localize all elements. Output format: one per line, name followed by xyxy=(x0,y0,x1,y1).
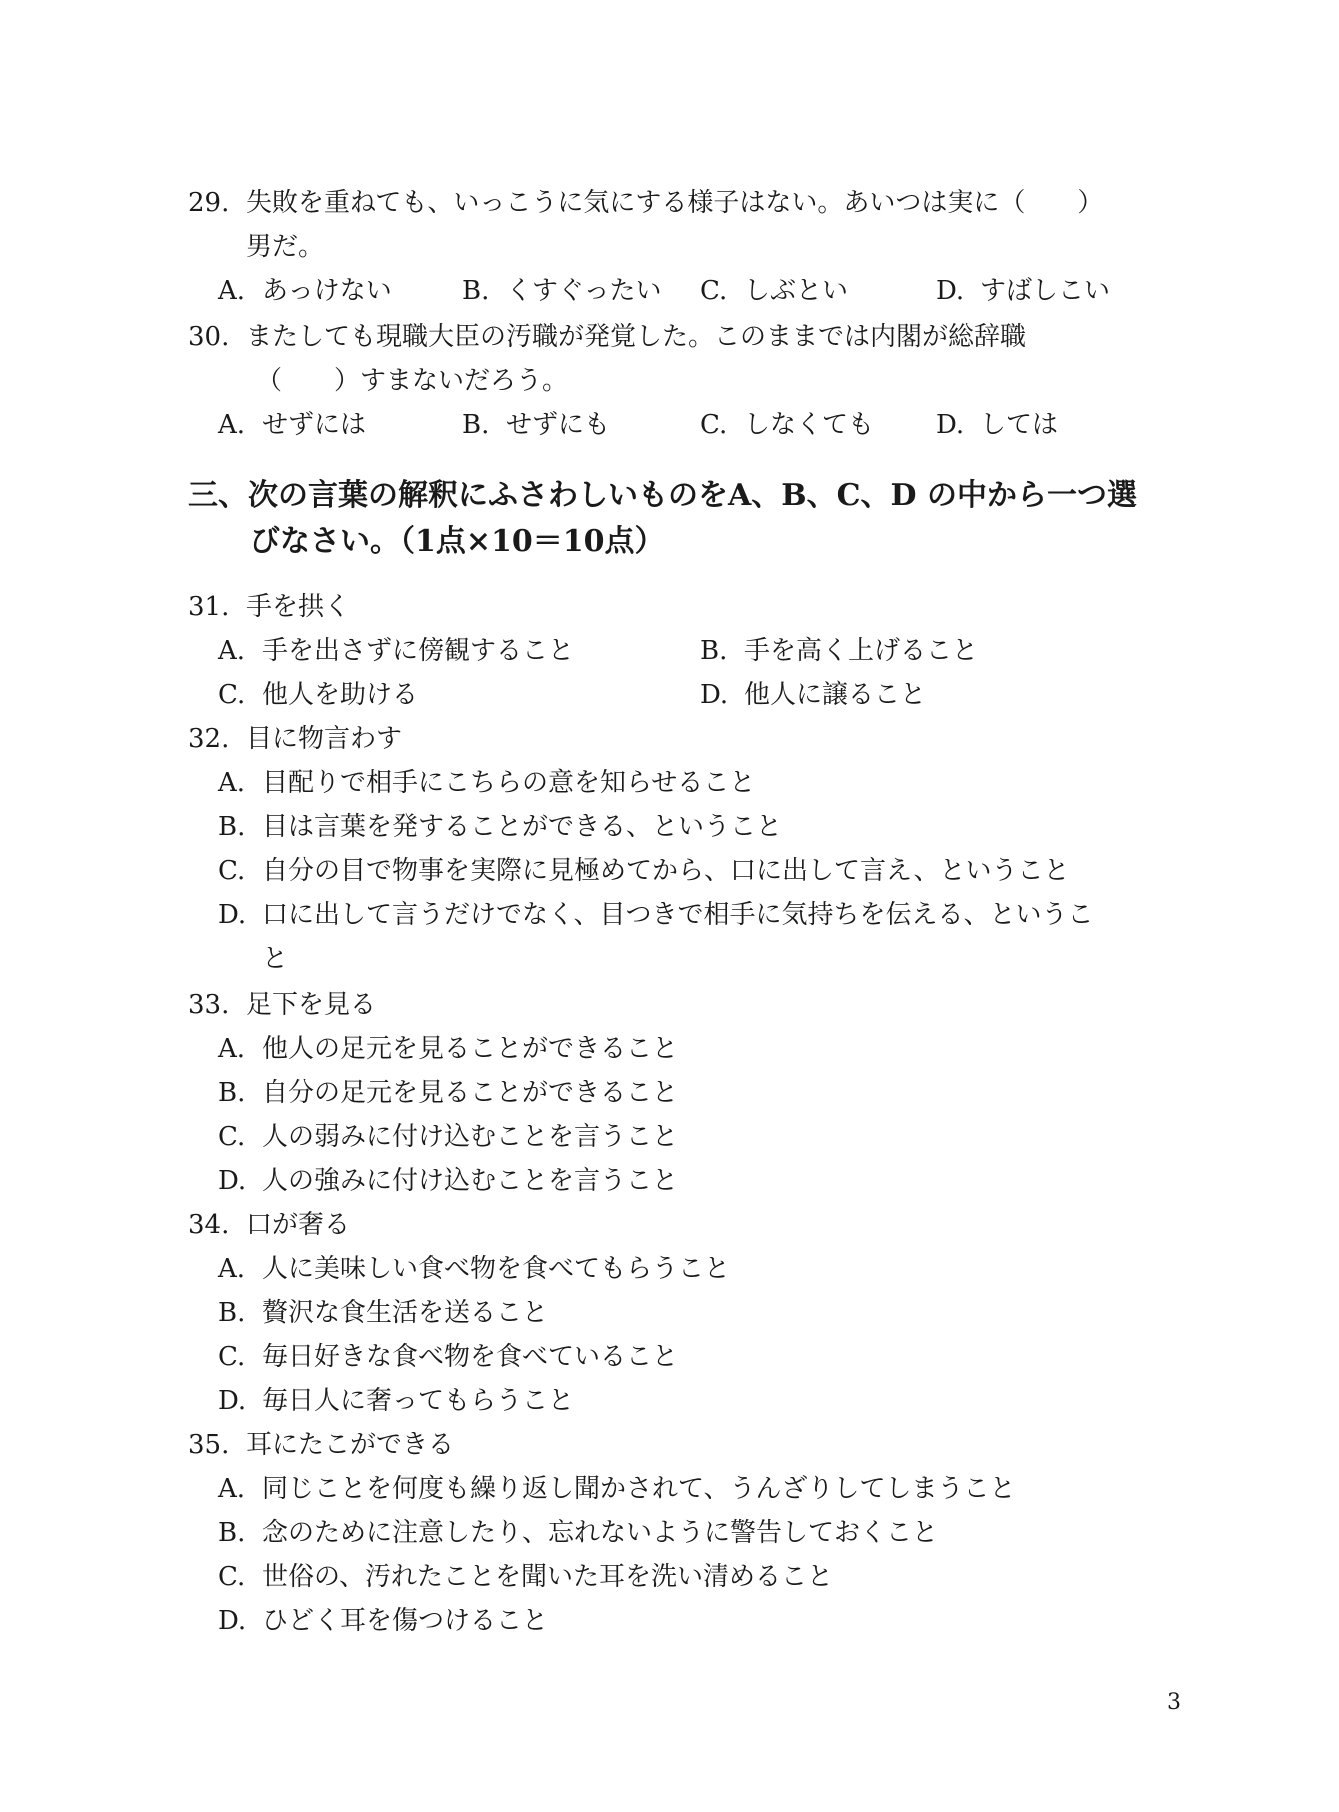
question-32-option-c: C.自分の目で物事を実際に見極めてから、口に出して言え、ということ xyxy=(218,854,1070,888)
question-34-term: 34.口が奢る xyxy=(188,1208,350,1242)
question-number: 29. xyxy=(188,186,246,220)
question-31-option-b: B.手を高く上げること xyxy=(700,634,978,668)
question-32-term: 32.目に物言わす xyxy=(188,722,402,756)
section-heading: 三、次の言葉の解釈にふさわしいものをA、B、C、D の中から一つ選 xyxy=(188,476,1137,516)
question-text: またしても現職大臣の汚職が発覚した。このままでは内閣が総辞職 xyxy=(246,322,1026,352)
question-32-option-a: A.目配りで相手にこちらの意を知らせること xyxy=(218,766,755,800)
question-34-option-b: B.贅沢な食生活を送ること xyxy=(218,1296,548,1330)
question-29-stem-cont: 男だ。 xyxy=(246,230,324,264)
question-29-option-a: A.あっけない xyxy=(218,274,392,308)
section-heading-cont: びなさい。（1点×10＝10点） xyxy=(250,522,665,562)
question-29-stem: 29.失敗を重ねても、いっこうに気にする様子はない。あいつは実に（ ） xyxy=(188,186,1103,220)
question-30-option-d: D.しては xyxy=(936,408,1058,442)
question-33-option-d: D.人の強みに付け込むことを言うこと xyxy=(218,1164,678,1198)
question-33-option-b: B.自分の足元を見ることができること xyxy=(218,1076,678,1110)
page-number: 3 xyxy=(1167,1690,1181,1715)
question-32-option-d: D.口に出して言うだけでなく、目つきで相手に気持ちを伝える、というこ xyxy=(218,898,1093,932)
question-30-option-a: A.せずには xyxy=(218,408,366,442)
question-31-option-c: C.他人を助ける xyxy=(218,678,418,712)
question-30-stem: 30.またしても現職大臣の汚職が発覚した。このままでは内閣が総辞職 xyxy=(188,320,1026,354)
question-29-option-c: C.しぶとい xyxy=(700,274,848,308)
question-31-term: 31.手を拱く xyxy=(188,590,350,624)
question-32-option-b: B.目は言葉を発することができる、ということ xyxy=(218,810,782,844)
question-29-option-d: D.すばしこい xyxy=(936,274,1110,308)
question-30-stem-cont: （ ）すまないだろう。 xyxy=(256,364,568,398)
question-35-option-a: A.同じことを何度も繰り返し聞かされて、うんざりしてしまうこと xyxy=(218,1472,1015,1506)
question-30-option-b: B.せずにも xyxy=(462,408,610,442)
question-33-option-a: A.他人の足元を見ることができること xyxy=(218,1032,678,1066)
question-31-option-a: A.手を出さずに傍観すること xyxy=(218,634,574,668)
question-32-option-d-cont: と xyxy=(262,942,288,976)
question-35-option-c: C.世俗の、汚れたことを聞いた耳を洗い清めること xyxy=(218,1560,833,1594)
question-33-term: 33.足下を見る xyxy=(188,988,376,1022)
question-35-term: 35.耳にたこができる xyxy=(188,1428,454,1462)
question-33-option-c: C.人の弱みに付け込むことを言うこと xyxy=(218,1120,678,1154)
question-30-option-c: C.しなくても xyxy=(700,408,874,442)
question-34-option-a: A.人に美味しい食べ物を食べてもらうこと xyxy=(218,1252,730,1286)
question-29-option-b: B.くすぐったい xyxy=(462,274,661,308)
question-34-option-d: D.毎日人に奢ってもらうこと xyxy=(218,1384,574,1418)
question-35-option-b: B.念のために注意したり、忘れないように警告しておくこと xyxy=(218,1516,938,1550)
question-number: 30. xyxy=(188,320,246,354)
question-35-option-d: D.ひどく耳を傷つけること xyxy=(218,1604,548,1638)
question-text: 失敗を重ねても、いっこうに気にする様子はない。あいつは実に（ ） xyxy=(246,188,1103,218)
question-34-option-c: C.毎日好きな食べ物を食べていること xyxy=(218,1340,678,1374)
question-31-option-d: D.他人に譲ること xyxy=(700,678,926,712)
